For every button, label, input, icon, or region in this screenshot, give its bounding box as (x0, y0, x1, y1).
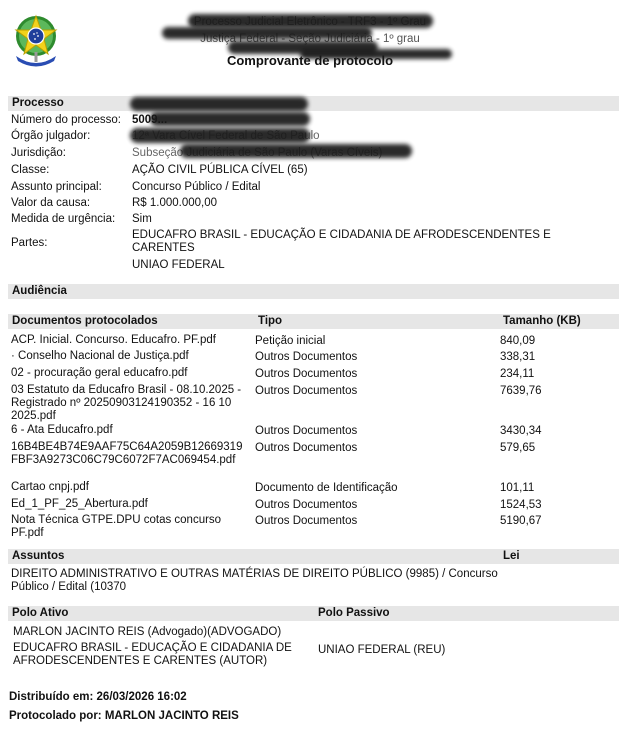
polo-passivo-item: UNIAO FEDERAL (REU) (318, 643, 445, 657)
document-size: 101,11 (500, 481, 534, 495)
polo-ativo-list: MARLON JACINTO REIS (Advogado)(ADVOGADO)… (13, 626, 313, 668)
column-header-polo-passivo: Polo Passivo (318, 606, 390, 621)
partes-list: EDUCAFRO BRASIL - EDUCAÇÃO E CIDADANIA D… (132, 229, 592, 272)
document-name[interactable]: 16B4BE4B74E9AAF75C64A2059B12669319FBF3A9… (11, 441, 249, 467)
document-type: Outros Documentos (255, 424, 357, 438)
polo-ativo-item: MARLON JACINTO REIS (Advogado)(ADVOGADO) (13, 626, 313, 639)
document-name[interactable]: · Conselho Nacional de Justiça.pdf (11, 350, 249, 363)
document-size: 3430,34 (500, 424, 542, 438)
redaction-mark (188, 14, 433, 28)
document-name[interactable]: Nota Técnica GTPE.DPU cotas concurso PF.… (11, 514, 249, 540)
redaction-mark (130, 97, 308, 111)
section-polos: Polo Ativo Polo Passivo (8, 606, 619, 621)
document-name[interactable]: ACP. Inicial. Concurso. Educafro. PF.pdf (11, 334, 249, 347)
column-header-lei: Lei (503, 549, 520, 564)
protocolado-por: Protocolado por: MARLON JACINTO REIS (9, 709, 239, 723)
section-title: Audiência (12, 284, 67, 299)
polo-ativo-item: EDUCAFRO BRASIL - EDUCAÇÃO E CIDADANIA D… (13, 642, 313, 668)
protocol-receipt: Processo Judicial Eletrônico - TRF3 - 1º… (0, 0, 622, 736)
redaction-mark (150, 112, 310, 126)
document-name[interactable]: 02 - procuração geral educafro.pdf (11, 367, 249, 380)
redaction-mark (162, 27, 372, 39)
document-size: 579,65 (500, 441, 535, 455)
document-size: 234,11 (500, 367, 534, 381)
document-type: Outros Documentos (255, 441, 357, 455)
document-size: 840,09 (500, 334, 535, 348)
column-header-tipo: Tipo (258, 314, 282, 329)
column-header-polo-ativo: Polo Ativo (12, 606, 68, 621)
document-size: 5190,67 (500, 514, 542, 528)
redaction-mark (180, 144, 412, 158)
parte-item: UNIAO FEDERAL (132, 259, 592, 272)
redaction-mark (130, 128, 310, 143)
document-name[interactable]: Ed_1_PF_25_Abertura.pdf (11, 498, 249, 511)
document-type: Petição inicial (255, 334, 325, 348)
document-name[interactable]: 6 - Ata Educafro.pdf (11, 424, 249, 437)
document-size: 7639,76 (500, 384, 542, 398)
column-header-tamanho: Tamanho (KB) (503, 314, 581, 329)
column-header-assuntos: Assuntos (12, 549, 64, 564)
column-header-documento: Documentos protocolados (12, 314, 158, 329)
document-type: Outros Documentos (255, 498, 357, 512)
parte-item: EDUCAFRO BRASIL - EDUCAÇÃO E CIDADANIA D… (132, 229, 592, 255)
document-size: 1524,53 (500, 498, 542, 512)
section-title: Processo (12, 96, 64, 111)
section-assuntos: Assuntos Lei (8, 549, 619, 564)
document-type: Documento de Identificação (255, 481, 398, 495)
document-type: Outros Documentos (255, 350, 357, 364)
document-name[interactable]: 03 Estatuto da Educafro Brasil - 08.10.2… (11, 384, 249, 423)
distribuido-em: Distribuído em: 26/03/2026 16:02 (9, 690, 187, 704)
document-size: 338,31 (500, 350, 535, 364)
brazil-coat-of-arms-icon (10, 12, 62, 70)
section-processo: Processo (8, 96, 619, 111)
redaction-mark (300, 49, 452, 59)
document-type: Outros Documentos (255, 384, 357, 398)
document-type: Outros Documentos (255, 367, 357, 381)
document-name[interactable]: Cartao cnpj.pdf (11, 481, 249, 494)
document-type: Outros Documentos (255, 514, 357, 528)
assuntos-text: DIREITO ADMINISTRATIVO E OUTRAS MATÉRIAS… (11, 568, 511, 594)
section-audiencia: Audiência (8, 284, 619, 299)
documents-table-header: Documentos protocolados Tipo Tamanho (KB… (8, 314, 619, 329)
